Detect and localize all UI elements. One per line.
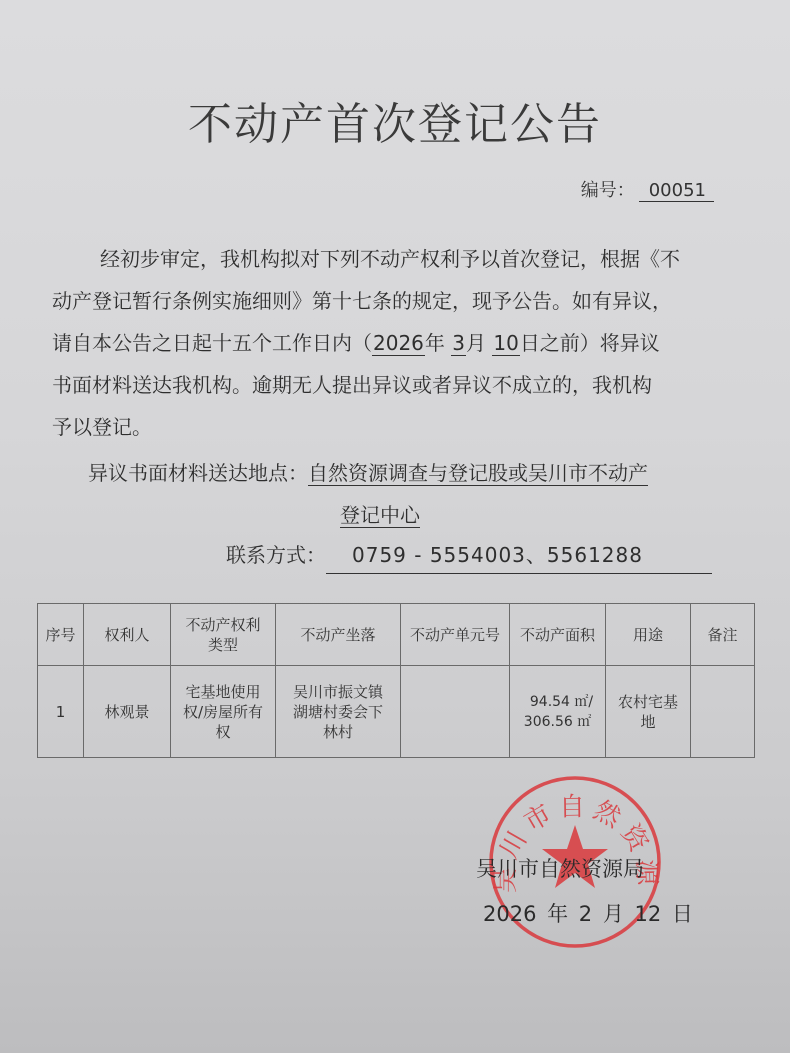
header-location: 不动产坐落 — [276, 604, 401, 666]
cell-location-line: 吴川市振文镇 — [280, 682, 396, 702]
objection-address-value-2: 登记中心 — [340, 503, 420, 528]
contact-value: 0759 - 5554003、5561288 — [326, 537, 712, 574]
cell-area-line: 94.54 ㎡/ — [514, 692, 601, 712]
cell-location: 吴川市振文镇 湖塘村委会下 林村 — [276, 666, 401, 758]
year-char: 年 — [425, 331, 445, 355]
notice-body: 经初步审定，我机构拟对下列不动产权利予以首次登记，根据《不 动产登记暂行条例实施… — [52, 238, 722, 448]
cell-usage-line: 农村宅基 — [610, 692, 686, 712]
body-line-2: 动产登记暂行条例实施细则》第十七条的规定，现予公告。如有异议， — [52, 280, 722, 322]
cell-area: 94.54 ㎡/ 306.56 ㎡ — [510, 666, 606, 758]
objection-address-value: 自然资源调查与登记股或吴川市不动产 — [308, 461, 648, 486]
cell-location-line: 林村 — [280, 722, 396, 742]
document-number: 编号：00051 — [581, 176, 714, 202]
body-line-4: 书面材料送达我机构。逾期无人提出异议或者异议不成立的，我机构 — [52, 364, 722, 406]
body-line-3-suffix: 日之前）将异议 — [520, 331, 660, 355]
cell-usage: 农村宅基 地 — [606, 666, 691, 758]
body-line-3: 请自本公告之日起十五个工作日内（2026年 3月 10日之前）将异议 — [52, 322, 722, 364]
cell-remarks — [691, 666, 755, 758]
objection-address-line-2: 登记中心 — [340, 494, 420, 536]
cell-right-type: 宅基地使用 权/房屋所有 权 — [171, 666, 276, 758]
table-header-row: 序号 权利人 不动产权利 类型 不动产坐落 不动产单元号 不动产面积 用途 备注 — [38, 604, 755, 666]
header-unit-number: 不动产单元号 — [401, 604, 510, 666]
deadline-day: 10 — [492, 331, 519, 356]
month-char: 月 — [466, 331, 486, 355]
contact-info: 联系方式：0759 - 5554003、5561288 — [226, 537, 712, 574]
header-right-type: 不动产权利 类型 — [171, 604, 276, 666]
cell-right-type-line: 权/房屋所有 — [175, 702, 271, 722]
deadline-month: 3 — [451, 331, 466, 356]
issuer-name: 吴川市自然资源局 — [476, 853, 644, 883]
page-title: 不动产首次登记公告 — [0, 88, 790, 152]
header-right-type-line-2: 类型 — [175, 635, 271, 655]
cell-right-type-line: 权 — [175, 722, 271, 742]
contact-label: 联系方式： — [226, 543, 326, 567]
cell-owner: 林观景 — [84, 666, 171, 758]
cell-usage-line: 地 — [610, 712, 686, 732]
document-number-value: 00051 — [639, 180, 714, 202]
body-line-5: 予以登记。 — [52, 406, 722, 448]
registration-table: 序号 权利人 不动产权利 类型 不动产坐落 不动产单元号 不动产面积 用途 备注… — [37, 603, 755, 758]
body-line-3-prefix: 请自本公告之日起十五个工作日内（ — [52, 331, 372, 355]
notice-page: 不动产首次登记公告 编号：00051 经初步审定，我机构拟对下列不动产权利予以首… — [0, 0, 790, 1053]
cell-location-line: 湖塘村委会下 — [280, 702, 396, 722]
cell-index: 1 — [38, 666, 84, 758]
objection-address: 异议书面材料送达地点：自然资源调查与登记股或吴川市不动产 — [88, 452, 648, 494]
header-right-type-line-1: 不动产权利 — [175, 615, 271, 635]
issue-date: 2026 年 2 月 12 日 — [483, 898, 693, 928]
deadline-year: 2026 — [372, 331, 425, 356]
cell-area-line: 306.56 ㎡ — [514, 712, 601, 732]
cell-unit-number — [401, 666, 510, 758]
cell-right-type-line: 宅基地使用 — [175, 682, 271, 702]
header-area: 不动产面积 — [510, 604, 606, 666]
header-index: 序号 — [38, 604, 84, 666]
header-remarks: 备注 — [691, 604, 755, 666]
header-usage: 用途 — [606, 604, 691, 666]
document-number-label: 编号： — [581, 180, 635, 201]
body-line-1: 经初步审定，我机构拟对下列不动产权利予以首次登记，根据《不 — [52, 238, 722, 280]
table-row: 1 林观景 宅基地使用 权/房屋所有 权 吴川市振文镇 湖塘村委会下 林村 94… — [38, 666, 755, 758]
objection-address-label: 异议书面材料送达地点： — [88, 461, 308, 485]
header-owner: 权利人 — [84, 604, 171, 666]
